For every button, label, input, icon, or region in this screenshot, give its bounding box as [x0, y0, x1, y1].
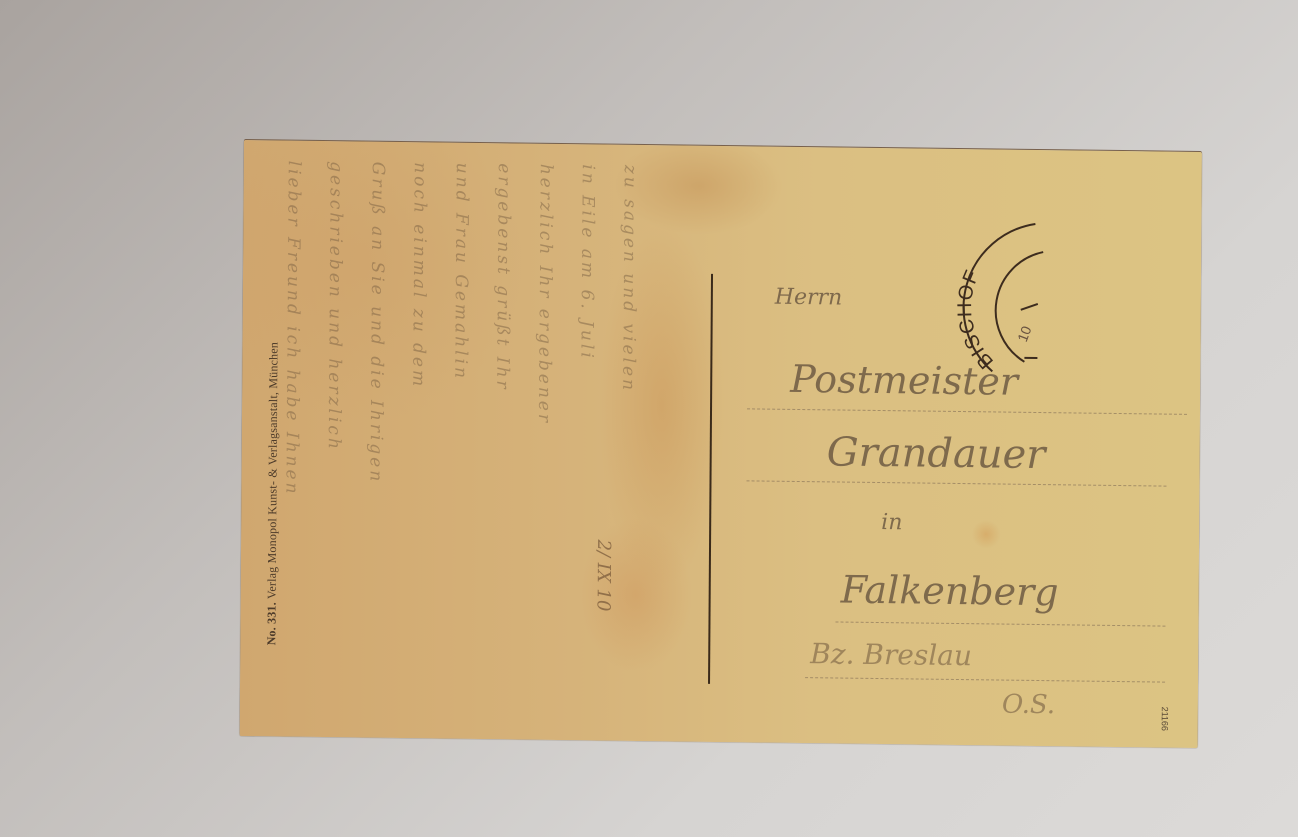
address-rule: [805, 677, 1165, 683]
message-line: zu sagen und vielen: [616, 165, 640, 725]
svg-text:10: 10: [1014, 323, 1035, 343]
svg-text:BISCHOF: BISCHOF: [954, 266, 999, 373]
address-rule: [835, 621, 1165, 626]
message-line: lieber Freund ich habe Ihnen: [280, 161, 304, 721]
message-line: herzlich Ihr ergebener: [532, 164, 556, 724]
message-date: 2/ IX 10: [593, 539, 615, 611]
postmark-stamp: BISCHOF 10: [942, 211, 1093, 383]
postmark-icon: BISCHOF 10: [942, 211, 1093, 383]
message-line: in Eile am 6. Juli: [574, 164, 598, 724]
address-line-5: Bz. Breslau: [810, 637, 972, 672]
address-line-4: Falkenberg: [841, 568, 1059, 615]
address-line-2: Grandauer: [827, 429, 1046, 478]
address-line-3: in: [881, 510, 902, 535]
print-code: 21166: [1160, 707, 1170, 731]
message-line: noch einmal zu dem: [406, 162, 430, 722]
address-salutation: Herrn: [775, 285, 843, 311]
handwritten-message: lieber Freund ich habe Ihnen geschrieben…: [250, 160, 694, 726]
address-line-1: Postmeister: [790, 357, 1018, 404]
address-rule: [747, 480, 1167, 486]
message-line: geschrieben und herzlich: [322, 161, 346, 721]
divider-line: [708, 274, 713, 684]
postcard-back: No. 331. Verlag Monopol Kunst- & Verlags…: [240, 140, 1202, 748]
address-rule: [747, 408, 1187, 415]
message-line: Gruß an Sie und die Ihrigen: [364, 162, 388, 722]
message-line: ergebenst grüßt Ihr: [490, 163, 514, 723]
address-line-6: O.S.: [1002, 690, 1055, 721]
message-line: und Frau Gemahlin: [448, 163, 472, 723]
